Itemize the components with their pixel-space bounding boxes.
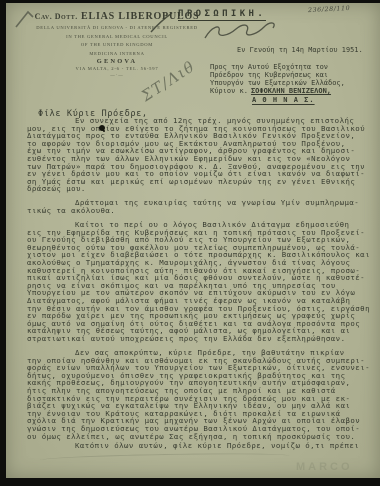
recipient-block: Προς την Αυτού Εξοχότητα τον Πρόεδρον τη… (210, 63, 345, 95)
body-paragraph: Δράττομαι της ευκαιρίας ταύτης να γνωρίσ… (27, 199, 377, 214)
letterhead-credential-line: MEDICINA INTERNA (24, 51, 210, 57)
body-line: δράσεώς μου. (27, 185, 377, 193)
recipient-line: Υπουργόν των Εξωτερικών Ελλάδος, (210, 79, 345, 87)
classification-stamp: ΠΡΟΣΩΠΙΚΗ. (178, 9, 266, 21)
body-line: τικώς τα ακόλουθα. (27, 207, 377, 215)
recipient-city: Α Θ Η Ν Α Σ. (252, 96, 315, 104)
body-paragraph: Εν συνεχεία της από 12ης τρέχ. μηνός συν… (27, 117, 377, 193)
recipient-line: Προς την Αυτού Εξοχότητα τον (210, 63, 345, 71)
letterhead-credential-line: OF THE UNITED KINGDOM (24, 42, 210, 48)
body-line: Κατόπιν όλων αυτών, φίλε κύριε Πρόεδρε, … (27, 442, 377, 450)
body-line: ου όμως ελλείπει, ως ανωτέρω Σας εξήγησα… (27, 433, 377, 441)
recipient-name: ΣΟΦΟΚΛΗΝ ΒΕΝΙΖΕΛΟΝ, (251, 87, 331, 95)
letterhead-title-prefix: Cav. Dott. (35, 12, 78, 21)
body-paragraph: Δεν σας αποκρύπτω, κύριε Πρόεδρε, την βα… (27, 349, 377, 440)
letterhead-credential-line: IN THE GENERAL MEDICAL COUNCIL (24, 34, 210, 40)
scanned-letter-page: Cav. Dott. ELIAS LIBEROPULOS DELLA UNIVE… (0, 0, 380, 486)
dateline: Εν Γενούη τη 14η Μαρτίου 1951. (237, 46, 363, 54)
body-paragraph: Κατόπιν όλων αυτών, φίλε κύριε Πρόεδρε, … (27, 442, 377, 450)
letterhead-credential-line: DELLA UNIVERSITÀ DI GENOVA - DI ATENE E … (24, 25, 210, 31)
body-line: στρατιωτικαί αυτού υποχρεώσεις προς την … (27, 335, 377, 343)
recipient-line: Πρόεδρον της Κυβερνήσεως και (210, 71, 345, 79)
paper-watermark: MARCO (296, 461, 353, 473)
recipient-line: Κύριον κ.ΣΟΦΟΚΛΗΝ ΒΕΝΙΖΕΛΟΝ, (210, 87, 345, 95)
recipient-prefix: Κύριον κ. (210, 87, 248, 95)
body-paragraph: Καίτοι το περί ου ο λόγος Βασιλικόν Διάτ… (27, 221, 377, 343)
ink-blot (99, 125, 105, 131)
